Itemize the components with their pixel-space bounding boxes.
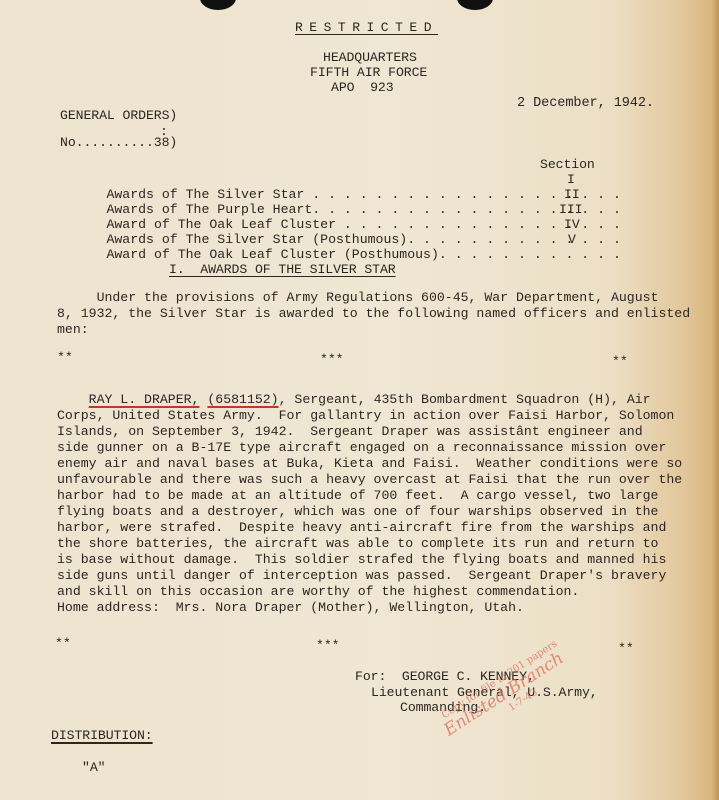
general-orders-label: GENERAL ORDERS) bbox=[60, 108, 177, 123]
citation-line: unfavourable and there was such a heavy … bbox=[57, 472, 657, 488]
separator-center: *** bbox=[316, 638, 339, 653]
distribution-value: "A" bbox=[82, 760, 105, 775]
separator-left: ** bbox=[57, 350, 73, 365]
punch-hole-right bbox=[457, 0, 493, 10]
citation-line: is base without damage. This soldier str… bbox=[57, 552, 657, 568]
citation-first-line-rest: , Sergeant, 435th Bombardment Squadron (… bbox=[279, 392, 651, 407]
org-fifth-air-force: FIFTH AIR FORCE bbox=[310, 65, 427, 80]
toc-item-section: IV bbox=[564, 217, 580, 232]
org-headquarters: HEADQUARTERS bbox=[323, 50, 417, 65]
citation-line: harbor, were strafed. Despite heavy anti… bbox=[57, 520, 657, 536]
citation-line: Corps, United States Army. For gallantry… bbox=[57, 408, 657, 424]
toc-item-section: III bbox=[559, 202, 582, 217]
citation-line: the shore batteries, the aircraft was ab… bbox=[57, 536, 657, 552]
orders-number: No..........38) bbox=[60, 135, 177, 150]
org-apo: APO 923 bbox=[331, 80, 394, 95]
classification-label: RESTRICTED bbox=[295, 20, 438, 35]
toc-item-section: V bbox=[568, 232, 576, 247]
intro-line: men: bbox=[57, 322, 657, 338]
separator-center: *** bbox=[320, 352, 343, 367]
citation-line: side gunner on a B-17E type aircraft eng… bbox=[57, 440, 657, 456]
citation-first-line: RAY L. DRAPER, (6581152), Sergeant, 435t… bbox=[57, 392, 657, 408]
document-page: RESTRICTED HEADQUARTERS FIFTH AIR FORCE … bbox=[0, 0, 719, 800]
citation-line: side guns until danger of interception w… bbox=[57, 568, 657, 584]
intro-line: Under the provisions of Army Regulations… bbox=[57, 290, 657, 306]
citation-line: Islands, on September 3, 1942. Sergeant … bbox=[57, 424, 657, 440]
distribution-label: DISTRIBUTION: bbox=[51, 728, 153, 743]
citation-line: flying boats and a destroyer, which was … bbox=[57, 504, 657, 520]
toc-item-label: Award of The Oak Leaf Cluster (Posthumou… bbox=[106, 247, 620, 262]
citation-line: harbor had to be made at an altitude of … bbox=[57, 488, 657, 504]
toc-item-section: I bbox=[567, 172, 575, 187]
home-address-line: Home address: Mrs. Nora Draper (Mother),… bbox=[57, 600, 657, 616]
separator-right: ** bbox=[612, 354, 628, 369]
recipient-serial: (6581152) bbox=[207, 392, 278, 407]
section-heading: I. AWARDS OF THE SILVER STAR bbox=[169, 262, 396, 277]
toc-item-section: II bbox=[564, 187, 580, 202]
citation-line: enemy air and naval bases at Buka, Kieta… bbox=[57, 456, 657, 472]
punch-hole-left bbox=[200, 0, 236, 10]
citation-line: and skill on this occasion are worthy of… bbox=[57, 584, 657, 600]
separator-left: ** bbox=[55, 636, 71, 651]
separator-right: ** bbox=[618, 641, 634, 656]
toc-section-header: Section bbox=[540, 157, 595, 172]
document-date: 2 December, 1942. bbox=[517, 96, 654, 111]
intro-line: 8, 1932, the Silver Star is awarded to t… bbox=[57, 306, 657, 322]
recipient-name: RAY L. DRAPER, bbox=[89, 392, 200, 407]
